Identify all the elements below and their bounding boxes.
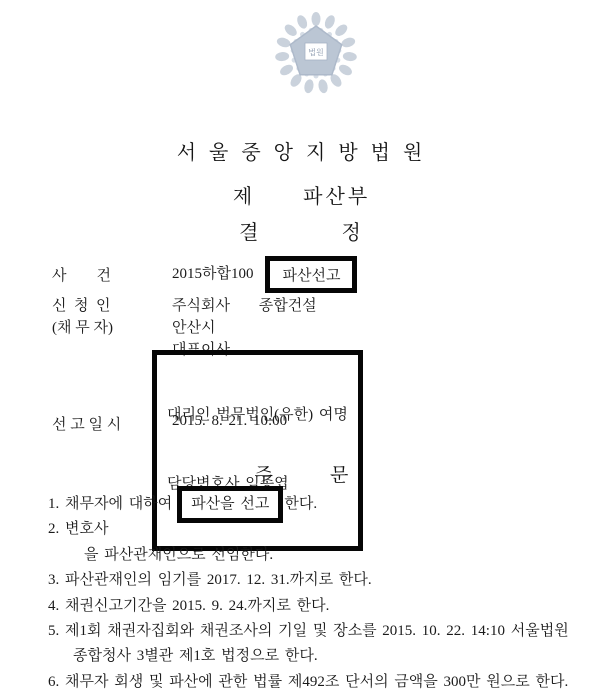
order-item-1-redaction-box: 파산을 선고: [177, 486, 283, 523]
ruling-date-row: 선 고 일 시 2015. 8. 21. 10:00: [52, 413, 287, 434]
court-seal-icon: 법원: [269, 10, 363, 98]
order-item-1-suffix: 한다.: [284, 496, 317, 512]
applicant-name: 주식회사 종합건설: [172, 294, 317, 315]
division-title: 제 파산부: [0, 180, 603, 209]
order-item-6: 6. 채무자 회생 및 파산에 관한 법률 제492조 단서의 금액을 300만…: [48, 670, 600, 695]
case-number: 2015하합100: [172, 267, 253, 282]
court-name-title: 서 울 중 앙 지 방 법 원: [0, 136, 603, 165]
ruling-date-label: 선 고 일 시: [52, 413, 172, 434]
order-item-5-line2: 종합청사 3별관 제1호 법정으로 한다.: [48, 644, 600, 669]
order-heading: 주 문: [0, 460, 603, 487]
order-item-2-line1: 2. 변호사: [48, 517, 600, 542]
debtor-city: 안산시: [172, 316, 215, 337]
applicant-label: 신 청 인: [52, 294, 172, 315]
case-type-redaction-box: 파산선고: [265, 256, 357, 293]
order-item-5-line1: 5. 제1회 채권자집회와 채권조사의 기일 및 장소를 2015. 10. 2…: [48, 619, 600, 644]
case-row: 사 건 2015하합100 파산선고: [52, 256, 357, 293]
order-item-3: 3. 파산관재인의 임기를 2017. 12. 31.까지로 한다.: [48, 568, 600, 593]
order-item-4: 4. 채권신고기간을 2015. 9. 24.까지로 한다.: [48, 594, 600, 619]
order-item-2-line2: 을 파산관재인으로 선임한다.: [48, 543, 600, 568]
seal-center-text: 법원: [308, 47, 323, 57]
applicant-row: 신 청 인 주식회사 종합건설: [52, 294, 317, 315]
case-label: 사 건: [52, 264, 172, 285]
debtor-row: (채 무 자) 안산시: [52, 316, 215, 337]
court-decision-document: 법원 서 울 중 앙 지 방 법 원 제 파산부 결 정 사 건 2015하합1…: [0, 0, 603, 700]
order-item-1-prefix: 1. 채무자에 대하여: [48, 496, 172, 512]
ruling-date-value: 2015. 8. 21. 10:00: [172, 413, 287, 430]
decision-title: 결 정: [0, 216, 603, 245]
debtor-label: (채 무 자): [52, 316, 172, 337]
order-items: 1. 채무자에 대하여파산을 선고한다. 2. 변호사 을 파산관재인으로 선임…: [48, 492, 600, 695]
order-item-1: 1. 채무자에 대하여파산을 선고한다.: [48, 492, 600, 517]
